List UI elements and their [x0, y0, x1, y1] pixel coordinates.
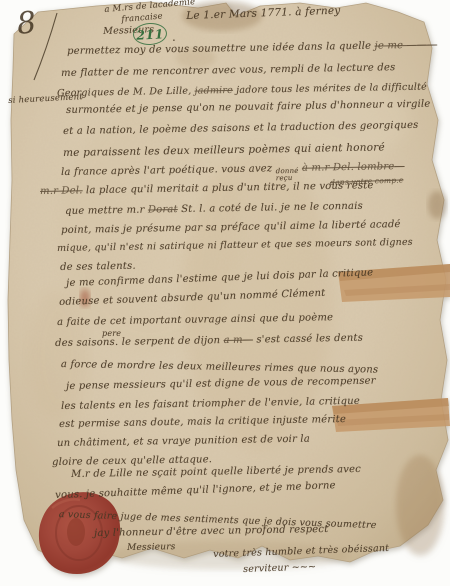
manuscript-line-body: odieuse et souvent absurde qu'un nommé C…	[59, 288, 326, 308]
manuscript-line-body: me paraissent les deux meilleurs poèmes …	[63, 141, 385, 159]
manuscript-text: et a la nation, le poème des saisons et …	[63, 120, 419, 137]
manuscript-line-body: de ses talents.	[60, 261, 136, 273]
struck-text: je me ———	[375, 40, 438, 52]
manuscript-text: est permise sans doute, mais la critique…	[59, 414, 346, 430]
manuscript-text: a faite de cet important ouvrage ainsi q…	[57, 312, 333, 328]
manuscript-text: votre très humble et très obéissant	[213, 543, 389, 560]
manuscript-line-body: permettez moy de vous soumettre une idée…	[67, 40, 437, 57]
struck-text: m.r Del.	[40, 185, 83, 197]
manuscript-text: vous. je souhaitte même qu'il l'ignore, …	[55, 480, 336, 501]
manuscript-text: serviteur ~~~	[243, 561, 316, 575]
manuscript-line-body: que mettre m.r Dorat St. l. a coté de lu…	[65, 201, 363, 217]
manuscript-line-closing: jay l'honneur d'être avec un profond res…	[94, 524, 329, 539]
manuscript-line-body: est permise sans doute, mais la critique…	[59, 414, 346, 430]
manuscript-text: me paraissent les deux meilleurs poèmes …	[63, 141, 385, 159]
handwriting-layer: a M.rs de lacademiefrancaiseLe 1.er Mars…	[0, 0, 450, 586]
manuscript-line-body: et a la nation, le poème des saisons et …	[63, 120, 419, 137]
manuscript-text: point, mais je présume par sa préface qu…	[61, 219, 401, 236]
manuscript-line-header: Le 1.er Mars 1771. à ferney	[186, 5, 341, 22]
manuscript-text: permettez moy de vous soumettre une idée…	[67, 41, 375, 57]
manuscript-line-body: un châtiment, et sa vraye punition est d…	[57, 434, 310, 449]
manuscript-text: je pense messieurs qu'il est digne de vo…	[66, 376, 376, 392]
corner-number-mark: 8	[15, 5, 38, 42]
archive-number-value: 211	[136, 26, 164, 42]
manuscript-line-body: me flatter de me rencontrer avec vous, r…	[61, 62, 395, 79]
manuscript-line-body: gloire de ceux qu'elle attaque.	[52, 454, 212, 468]
manuscript-text: St. l. a coté de lui. je ne le connais	[178, 201, 363, 215]
manuscript-line-body: a force de mordre les deux meilleures ri…	[61, 359, 379, 376]
manuscript-line-closing: serviteur ~~~	[243, 561, 316, 575]
manuscript-line-closing: Messieurs	[127, 542, 176, 553]
manuscript-text: de ses talents.	[60, 261, 136, 273]
manuscript-line-closing: votre très humble et très obéissant	[213, 543, 389, 560]
manuscript-text: jay l'honneur d'être avec un profond res…	[94, 524, 329, 539]
manuscript-text: s'est cassé les dents	[253, 333, 363, 346]
manuscript-text: a force de mordre les deux meilleures ri…	[61, 359, 379, 376]
manuscript-text: Messieurs	[127, 542, 176, 553]
manuscript-line-body: mique, qu'il n'est ni satirique ni flatt…	[57, 237, 413, 254]
manuscript-photo: a M.rs de lacademiefrancaiseLe 1.er Mars…	[0, 0, 450, 586]
manuscript-line-body: les talents en les faisant triompher de …	[61, 396, 360, 412]
struck-text: jadmire	[195, 85, 233, 97]
manuscript-line-body: vous. je souhaitte même qu'il l'ignore, …	[55, 480, 336, 501]
manuscript-text: que mettre m.r	[65, 205, 148, 217]
manuscript-text: jadore tous les mérites de la difficulté	[233, 82, 427, 96]
manuscript-text: la france après l'art poétique. vous ave…	[61, 163, 276, 178]
manuscript-text: gloire de ceux qu'elle attaque.	[52, 454, 212, 468]
manuscript-text: odieuse et souvent absurde qu'un nommé C…	[59, 288, 326, 308]
manuscript-line-body: point, mais je présume par sa préface qu…	[61, 219, 401, 236]
struck-text: à m.r Del. lombre—	[302, 161, 405, 174]
manuscript-text: des saisons. le serpent de dijon	[55, 335, 224, 349]
struck-text: Dorat	[148, 204, 178, 216]
manuscript-text: me flatter de me rencontrer avec vous, r…	[61, 62, 395, 79]
manuscript-line-body: Georgiques de M. De Lille, jadmire jador…	[57, 82, 427, 99]
manuscript-text: Le 1.er Mars 1771. à ferney	[186, 5, 341, 22]
struck-text: a m—	[224, 335, 254, 347]
archive-number-dot: .	[172, 30, 176, 44]
manuscript-text: mique, qu'il n'est ni satirique ni flatt…	[57, 237, 413, 254]
manuscript-text: un châtiment, et sa vraye punition est d…	[57, 434, 310, 449]
manuscript-text: surmontée et je pense qu'on ne pouvait f…	[66, 99, 431, 116]
manuscript-text: les talents en les faisant triompher de …	[61, 396, 360, 412]
manuscript-line-body: surmontée et je pense qu'on ne pouvait f…	[66, 99, 431, 116]
manuscript-line-body: a faite de cet important ouvrage ainsi q…	[57, 312, 333, 328]
manuscript-line-body: je pense messieurs qu'il est digne de vo…	[66, 376, 376, 392]
interline-correction: donnéreçu	[276, 168, 299, 181]
